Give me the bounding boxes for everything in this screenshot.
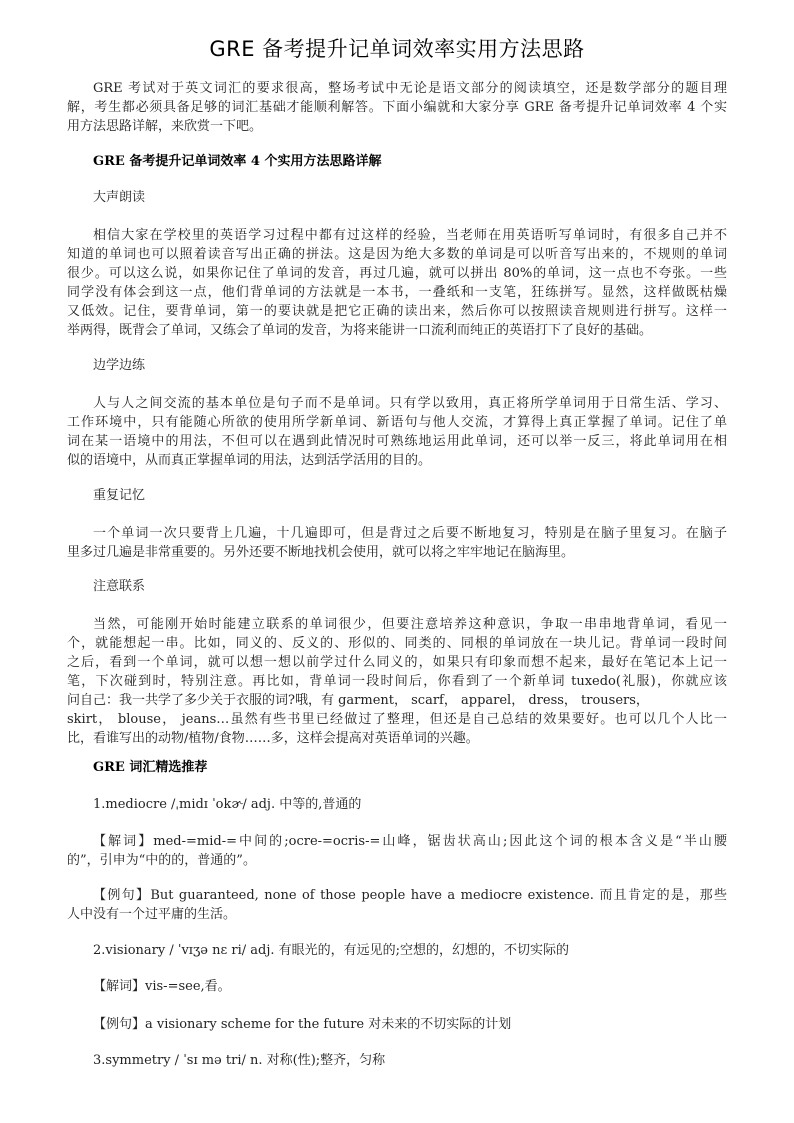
method-heading: 边学边练 — [93, 356, 145, 375]
method-paragraph: 相信大家在学校里的英语学习过程中都有过这样的经验，当老师在用英语听写单词时，有很… — [67, 226, 727, 340]
paragraph-line: 笔，下次碰到时，特别注意。再比如，背单词一段时间后，你看到了一个新单词 tuxe… — [67, 672, 727, 691]
paragraph-line: 相信大家在学校里的英语学习过程中都有过这样的经验，当老师在用英语听写单词时，有很… — [67, 226, 727, 245]
paragraph-line: 人与人之间交流的基本单位是句子而不是单词。只有学以致用，真正将所学单词用于日常生… — [67, 394, 727, 413]
paragraph-line: 的”，引申为“中的的，普通的”。 — [67, 851, 727, 870]
vocab-entry: 1.mediocre /ˌmidɪ ˈokɚ/ adj. 中等的,普通的 — [93, 795, 361, 814]
paragraph-line: 解，考生都必须具备足够的词汇基础才能顺利解答。下面小编就和大家分享 GRE 备考… — [67, 98, 727, 117]
paragraph-line: 工作环境中，只有能随心所欲的使用所学新单词、新语句与他人交流，才算得上真正掌握了… — [67, 413, 727, 432]
paragraph-line: 一个单词一次只要背上几遍，十几遍即可，但是背过之后要不断地复习，特别是在脑子里复… — [67, 524, 727, 543]
method-paragraph: 人与人之间交流的基本单位是句子而不是单词。只有学以致用，真正将所学单词用于日常生… — [67, 394, 727, 470]
paragraph-line: 里多过几遍是非常重要的。另外还要不断地找机会使用，就可以将之牢牢地记在脑海里。 — [67, 543, 727, 562]
paragraph-line: 【例句】But guaranteed, none of those people… — [67, 886, 727, 905]
section-heading: GRE 备考提升记单词效率 4 个实用方法思路详解 — [93, 152, 381, 171]
method-heading: 注意联系 — [93, 577, 145, 596]
paragraph-line: 比，看谁写出的动物/植物/食物……多，这样会提高对英语单词的兴趣。 — [67, 729, 727, 748]
page-title: GRE 备考提升记单词效率实用方法思路 — [0, 33, 794, 63]
section-heading: GRE 词汇精选推荐 — [93, 758, 207, 777]
paragraph-line: 词在某一语境中的用法，不但可以在遇到此情况时可熟练地运用此单词，还可以举一反三，… — [67, 432, 727, 451]
method-heading: 大声朗读 — [93, 188, 145, 207]
paragraph-line: 同学没有体会到这一点，他们背单词的方法就是一本书，一叠纸和一支笔，狂练拼写。显然… — [67, 283, 727, 302]
vocab-analysis: 【解词】med-=mid-=中间的;ocre-=ocris-=山峰，锯齿状高山;… — [67, 832, 727, 870]
paragraph-line: 当然，可能刚开始时能建立联系的单词很少，但要注意培养这种意识，争取一串串地背单词… — [67, 615, 727, 634]
method-paragraph: 当然，可能刚开始时能建立联系的单词很少，但要注意培养这种意识，争取一串串地背单词… — [67, 615, 727, 748]
paragraph-line: 又低效。记住，要背单词，第一的要诀就是把它正确的读出来，然后你可以按照读音规则进… — [67, 302, 727, 321]
paragraph-line: 个，就能想起一串。比如，同义的、反义的、形似的、同类的、同根的单词放在一块儿记。… — [67, 634, 727, 653]
vocab-entry: 3.symmetry / ˈsɪ mə tri/ n. 对称(性);整齐，匀称 — [93, 1051, 385, 1070]
vocab-example: 【例句】But guaranteed, none of those people… — [67, 886, 727, 924]
intro-paragraph: GRE 考试对于英文词汇的要求很高，整场考试中无论是语文部分的阅读填空，还是数学… — [67, 79, 727, 136]
paragraph-line: 举两得，既背会了单词，又练会了单词的发音，为将来能讲一口流利而纯正的英语打下了良… — [67, 321, 727, 340]
vocab-entry: 2.visionary / ˈvɪʒə nɛ ri/ adj. 有眼光的，有远见… — [93, 941, 569, 960]
method-paragraph: 一个单词一次只要背上几遍，十几遍即可，但是背过之后要不断地复习，特别是在脑子里复… — [67, 524, 727, 562]
paragraph-line: GRE 考试对于英文词汇的要求很高，整场考试中无论是语文部分的阅读填空，还是数学… — [67, 79, 727, 98]
paragraph-line: 知道的单词也可以照着读音写出正确的拼法。这是因为绝大多数的单词是可以听音写出来的… — [67, 245, 727, 264]
paragraph-line: skirt， blouse， jeans…虽然有些书里已经做过了整理，但还是自己… — [67, 710, 727, 729]
document-page: GRE 备考提升记单词效率实用方法思路 GRE 考试对于英文词汇的要求很高，整场… — [0, 0, 794, 1123]
vocab-analysis: 【解词】vis-=see,看。 — [93, 977, 231, 996]
paragraph-line: 很少。可以这么说，如果你记住了单词的发音，再过几遍，就可以拼出 80%的单词，这… — [67, 264, 727, 283]
paragraph-line: 【解词】med-=mid-=中间的;ocre-=ocris-=山峰，锯齿状高山;… — [67, 832, 727, 851]
paragraph-line: 问自己：我一共学了多少关于衣服的词?哦，有 garment， scarf， ap… — [67, 691, 727, 710]
vocab-example: 【例句】a visionary scheme for the future 对未… — [93, 1015, 511, 1034]
paragraph-line: 人中没有一个过平庸的生活。 — [67, 905, 727, 924]
method-heading: 重复记忆 — [93, 486, 145, 505]
paragraph-line: 似的语境中，从而真正掌握单词的用法，达到活学活用的目的。 — [67, 451, 727, 470]
paragraph-line: 之后，看到一个单词，就可以想一想以前学过什么同义的，如果只有印象而想不起来，最好… — [67, 653, 727, 672]
paragraph-line: 用方法思路详解，来欣赏一下吧。 — [67, 117, 727, 136]
